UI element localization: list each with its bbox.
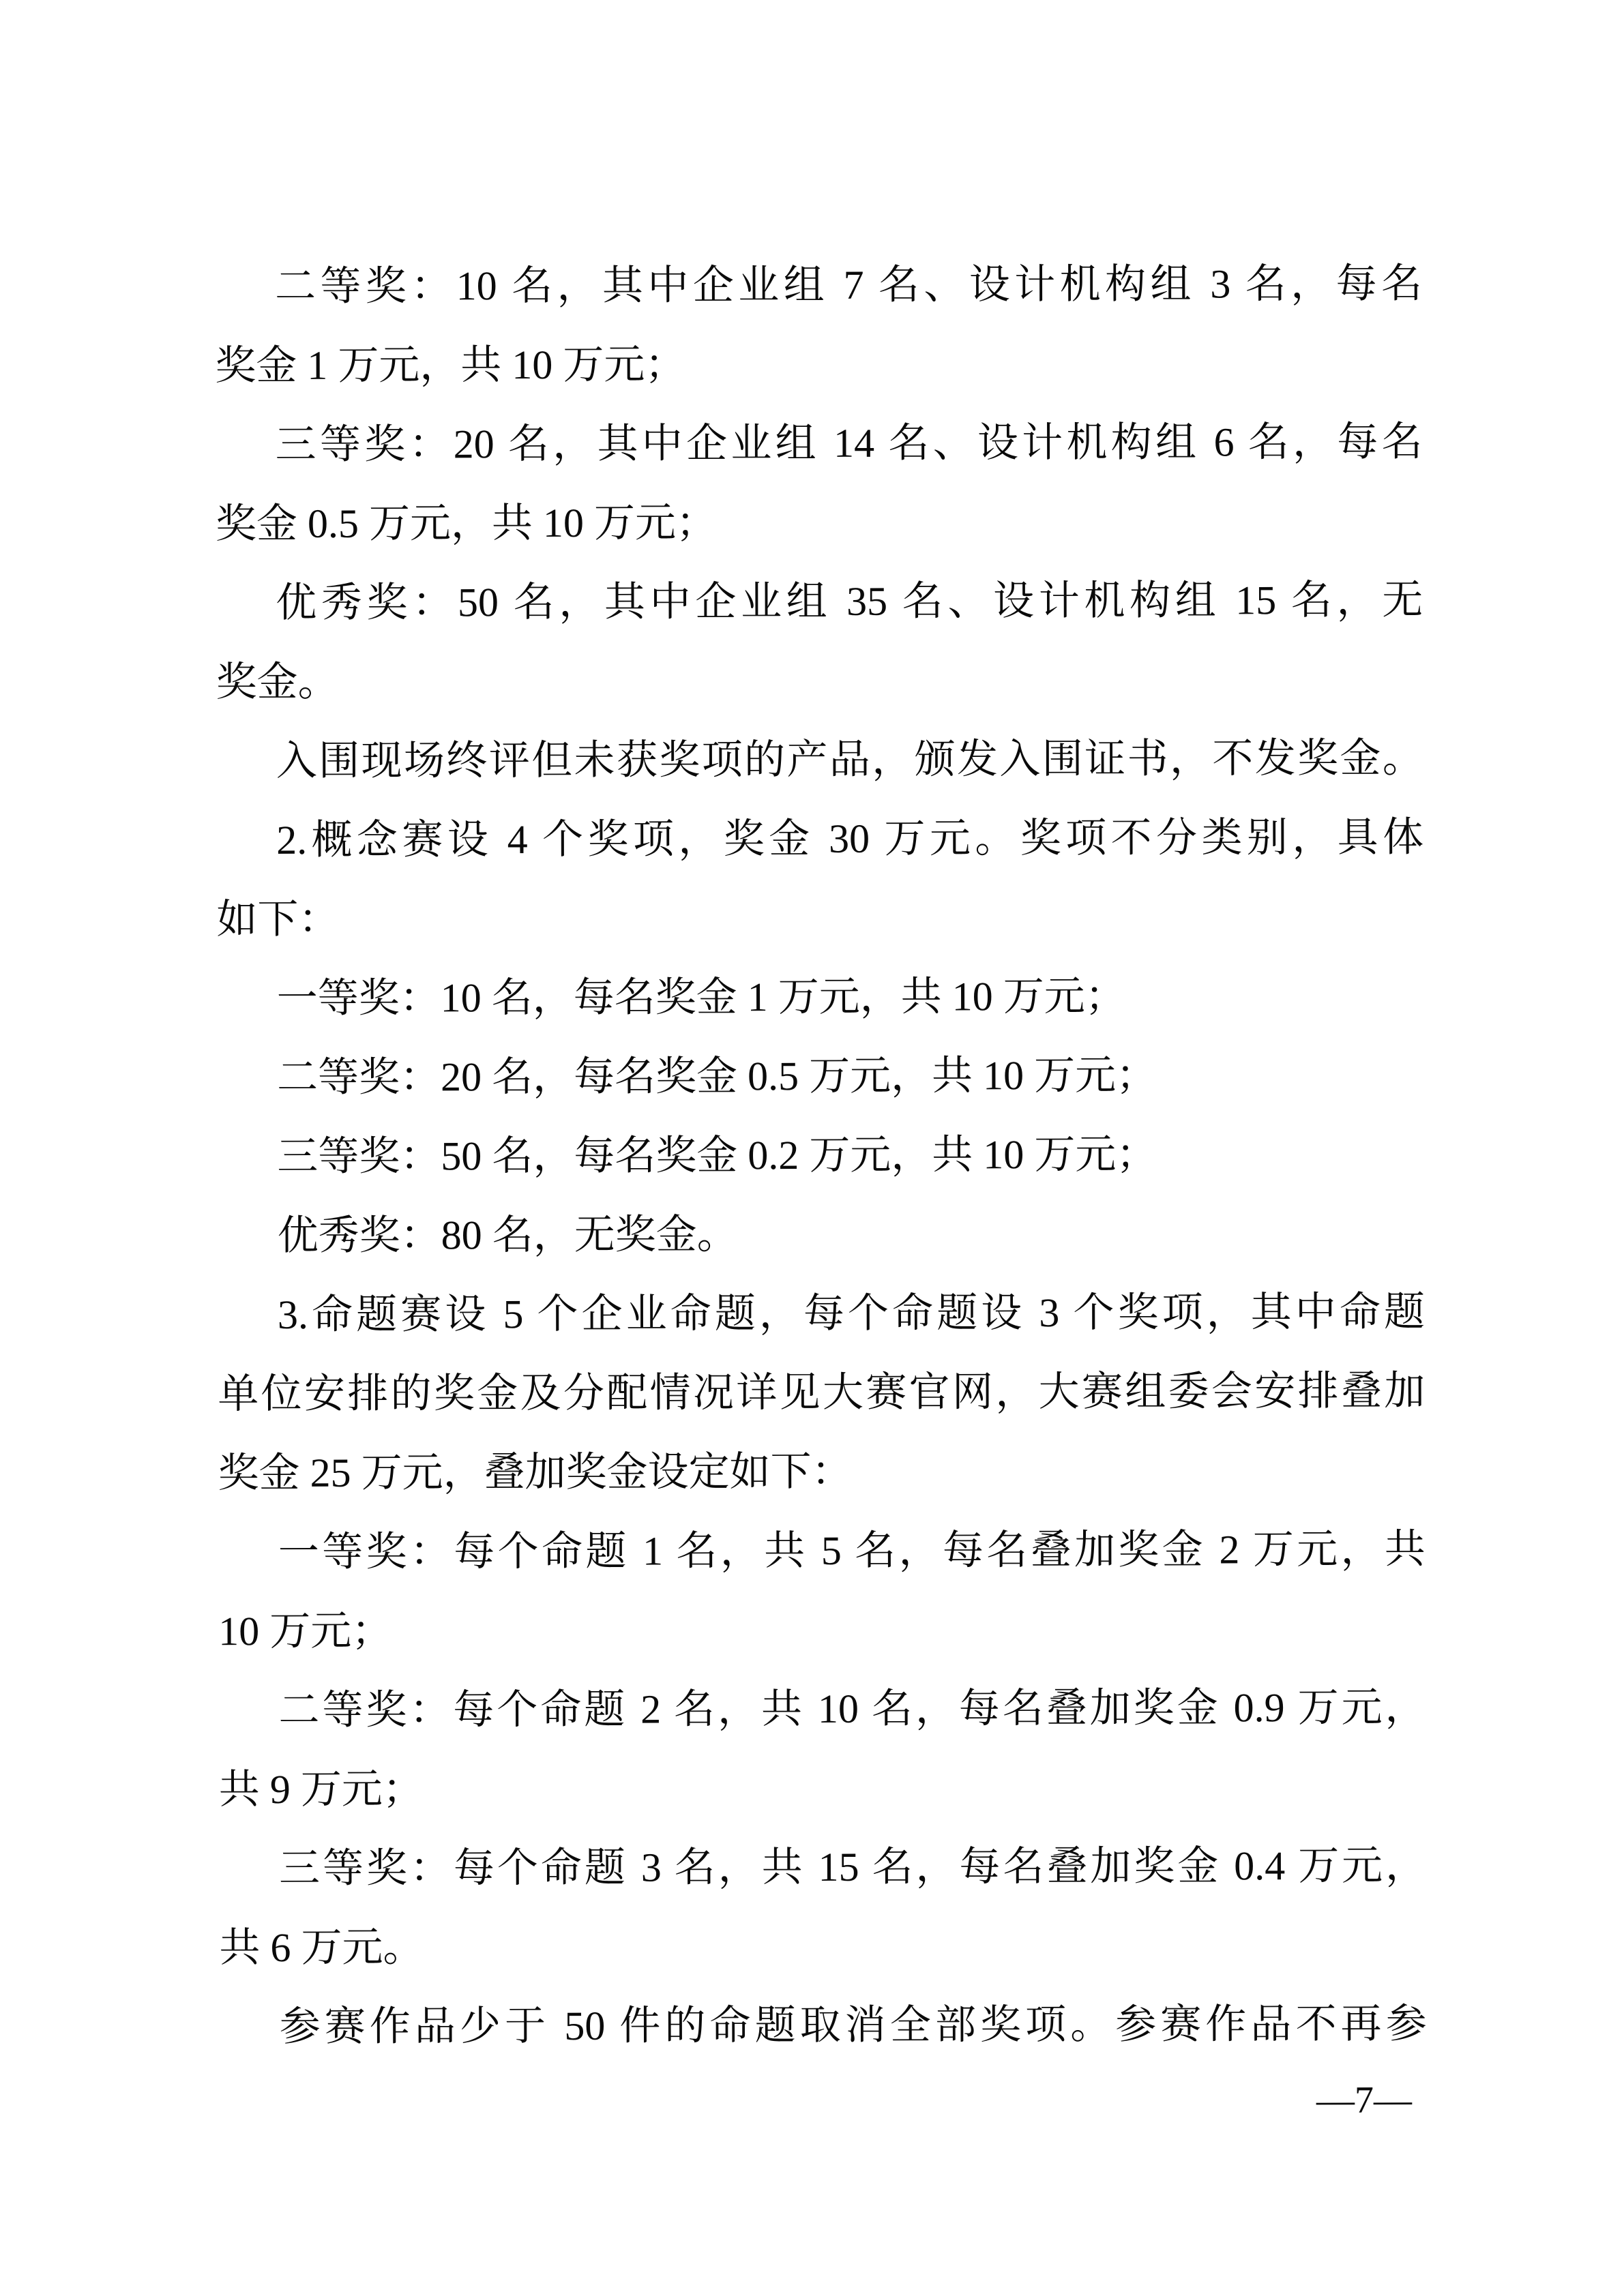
text-line: 参赛作品少于 50 件的命题取消全部奖项。参赛作品不再参 (220, 1984, 1427, 2067)
text-line: 奖金 0.5 万元，共 10 万元； (216, 481, 1423, 564)
page-content: 二等奖：10 名，其中企业组 7 名、设计机构组 3 名，每名 奖金 1 万元，… (0, 0, 1624, 2123)
text-line: 奖金。 (216, 640, 1423, 722)
page-number: —7— (3, 2081, 1624, 2123)
text-line: 二等奖：20 名，每名奖金 0.5 万元，共 10 万元； (217, 1035, 1424, 1118)
body-text-block: 二等奖：10 名，其中企业组 7 名、设计机构组 3 名，每名 奖金 1 万元，… (0, 0, 1624, 2067)
text-line: 二等奖：每个命题 2 名，共 10 名，每名叠加奖金 0.9 万元， (218, 1668, 1426, 1750)
text-line: 二等奖：10 名，其中企业组 7 名、设计机构组 3 名，每名 (215, 244, 1422, 327)
text-line: 一等奖：每个命题 1 名，共 5 名，每名叠加奖金 2 万元，共 (218, 1510, 1426, 1592)
text-line: 2.概念赛设 4 个奖项，奖金 30 万元。奖项不分类别，具体 (216, 798, 1423, 880)
text-line: 一等奖：10 名，每名奖金 1 万元，共 10 万元； (217, 956, 1424, 1039)
text-line: 3.命题赛设 5 个企业命题，每个命题设 3 个奖项，其中命题 (218, 1272, 1425, 1355)
text-line: 如下： (216, 877, 1423, 959)
text-line: 10 万元； (218, 1589, 1426, 1671)
text-line: 三等奖：20 名，其中企业组 14 名、设计机构组 6 名，每名 (215, 402, 1422, 485)
text-line: 奖金 25 万元，叠加奖金设定如下： (218, 1431, 1425, 1513)
text-line: 优秀奖：50 名，其中企业组 35 名、设计机构组 15 名，无 (216, 561, 1423, 643)
text-line: 奖金 1 万元，共 10 万元； (215, 323, 1422, 406)
text-line: 三等奖：50 名，每名奖金 0.2 万元，共 10 万元； (217, 1114, 1424, 1197)
text-line: 入围现场终评但未获奖项的产品，颁发入围证书，不发奖金。 (216, 719, 1423, 801)
text-line: 三等奖：每个命题 3 名，共 15 名，每名叠加奖金 0.4 万元， (219, 1826, 1426, 1909)
text-line: 优秀奖：80 名，无奖金。 (218, 1193, 1425, 1276)
text-line: 单位安排的奖金及分配情况详见大赛官网，大赛组委会安排叠加 (218, 1352, 1425, 1434)
text-line: 共 9 万元； (219, 1747, 1426, 1830)
document-page: 二等奖：10 名，其中企业组 7 名、设计机构组 3 名，每名 奖金 1 万元，… (0, 0, 1624, 2296)
text-line: 共 6 万元。 (219, 1905, 1426, 1988)
